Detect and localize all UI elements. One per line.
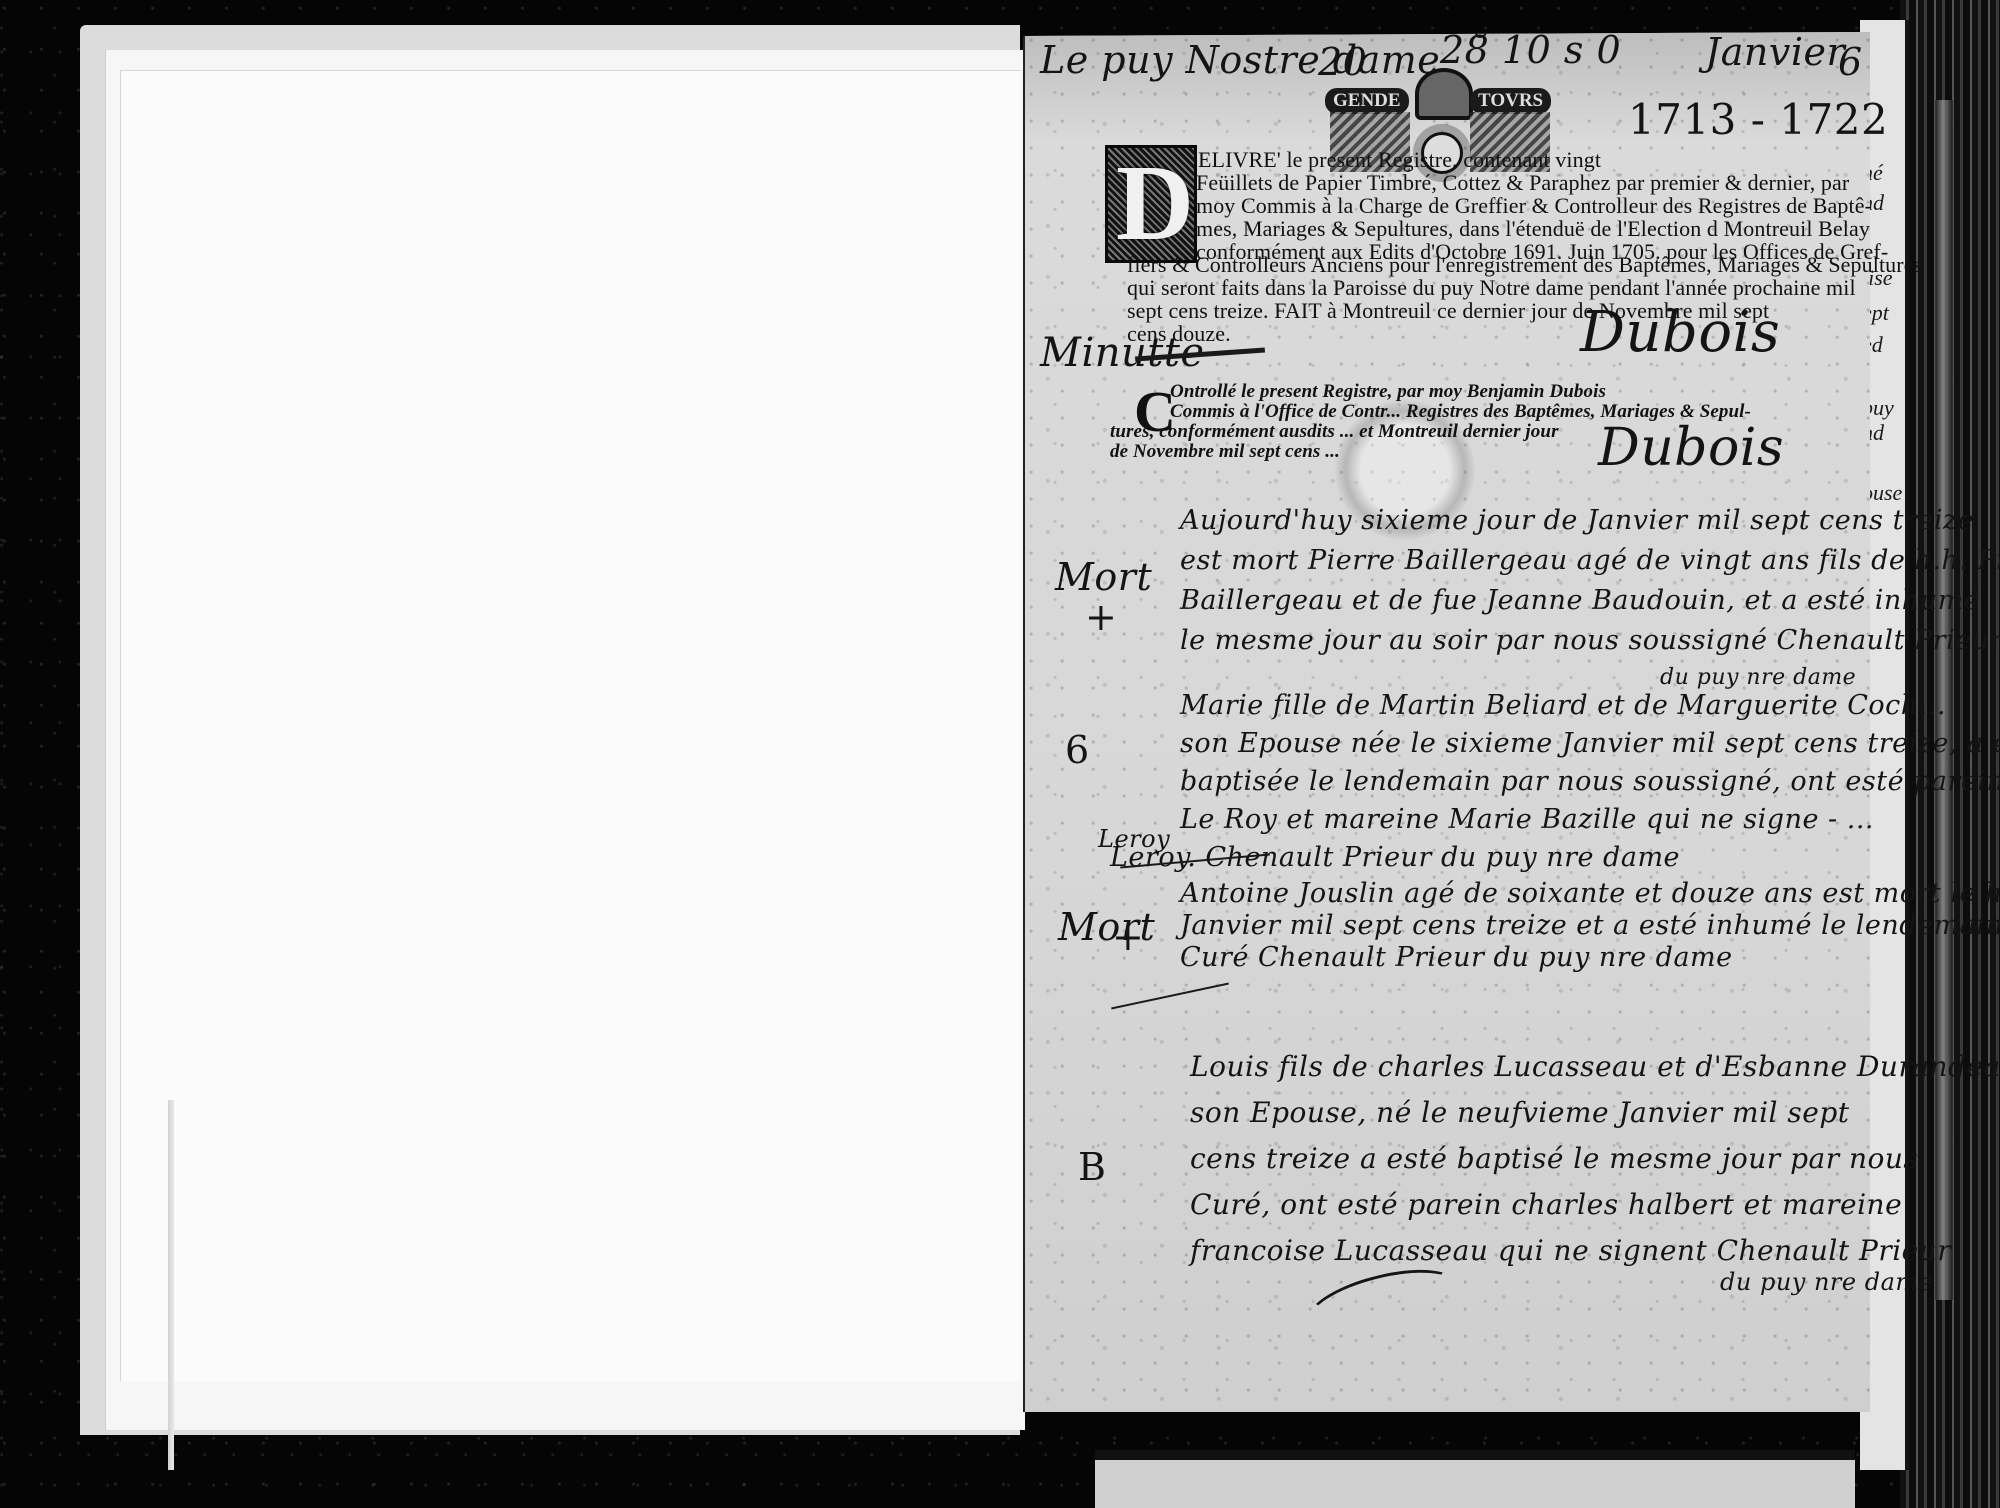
crown-icon xyxy=(1415,68,1473,120)
control-line: tures, conformément ausdits ... et Montr… xyxy=(1110,422,1559,442)
entry-line: baptisée le lendemain par nous soussigné… xyxy=(1180,766,2000,804)
entry-line: cens treize a esté baptisé le mesme jour… xyxy=(1190,1142,2000,1188)
entry-line: le mesme jour au soir par nous soussigné… xyxy=(1180,625,2000,665)
entry-line: son Epouse née le sixieme Janvier mil se… xyxy=(1180,728,2000,766)
entry-line: Leroy. Chenault Prieur du puy nre dame xyxy=(1110,842,2000,880)
entry-signature-tail: du puy nre dame xyxy=(1660,665,1856,690)
page-number: 6 xyxy=(1838,40,1863,84)
certificate-line: qui seront faits dans la Paroisse du puy… xyxy=(1127,276,1922,299)
register-entry: Marie fille de Martin Beliard et de Marg… xyxy=(1180,690,2000,880)
entry-line: Curé, ont esté parein charles halbert et… xyxy=(1190,1188,2000,1234)
stamp-banner-right: TOVRS xyxy=(1470,88,1551,114)
cross-icon: + xyxy=(1112,915,1144,959)
control-line: de Novembre mil sept cens ... xyxy=(1110,442,1559,462)
register-entry: Louis fils de charles Lucasseau et d'Esb… xyxy=(1190,1050,2000,1280)
entry-margin-label: 6 xyxy=(1065,728,1090,772)
year-range: 1713 - 1722 xyxy=(1628,95,1888,144)
certificate-line: sept cens treize. FAIT à Montreuil ce de… xyxy=(1127,299,1922,322)
control-signature: Dubois xyxy=(1598,418,1784,478)
certificate-line: Feüillets de Papier Timbré, Cottez & Par… xyxy=(1196,171,1888,194)
entry-line: Antoine Jouslin agé de soixante et douze… xyxy=(1180,878,2000,910)
control-certificate: Ontrollé le present Registre, par moy Be… xyxy=(1170,382,1751,422)
entry-margin-label: Mort xyxy=(1055,555,1152,599)
page-bottom-strip xyxy=(1095,1450,1855,1508)
entry-line: Baillergeau et de fue Jeanne Baudouin, e… xyxy=(1180,585,2000,625)
stamp-banner-left: GENDE xyxy=(1325,88,1409,114)
entry-signature-tail: du puy nre dame xyxy=(1720,1268,1933,1296)
certificate-line: cens douze. xyxy=(1127,322,1922,345)
cross-icon: + xyxy=(1085,595,1117,639)
entry-line: Janvier mil sept cens treize et a esté i… xyxy=(1180,910,2000,942)
entry-line: Aujourd'huy sixieme jour de Janvier mil … xyxy=(1180,505,2000,545)
left-blank-page-inner-sheet xyxy=(120,70,1021,1381)
certificate-signature: Dubois xyxy=(1580,300,1780,365)
certificate-line: fiers & Controlleurs Anciens pour l'enre… xyxy=(1127,253,1922,276)
month-note: Janvier xyxy=(1705,30,1845,74)
entry-margin-label: B xyxy=(1078,1145,1106,1189)
register-entry: Antoine Jouslin agé de soixante et douze… xyxy=(1180,878,2000,974)
entry-line: Marie fille de Martin Beliard et de Marg… xyxy=(1180,690,2000,728)
control-line: Ontrollé le present Registre, par moy Be… xyxy=(1170,382,1751,402)
register-entry: Aujourd'huy sixieme jour de Janvier mil … xyxy=(1180,505,2000,665)
entry-line: son Epouse, né le neufvieme Janvier mil … xyxy=(1190,1096,2000,1142)
certificate-line: ELIVRE' le present Registre, contenant v… xyxy=(1198,148,1888,171)
entry-line: Le Roy et mareine Marie Bazille qui ne s… xyxy=(1180,804,2000,842)
entry-line: est mort Pierre Baillergeau agé de vingt… xyxy=(1180,545,2000,585)
printed-certificate-cont: fiers & Controlleurs Anciens pour l'enre… xyxy=(1127,253,1922,345)
entry-line: Curé Chenault Prieur du puy nre dame xyxy=(1180,942,2000,974)
printed-certificate: ELIVRE' le present Registre, contenant v… xyxy=(1196,148,1888,263)
entry-line: Louis fils de charles Lucasseau et d'Esb… xyxy=(1190,1050,2000,1096)
control-certificate-cont: tures, conformément ausdits ... et Montr… xyxy=(1110,422,1559,462)
left-page-fold-shadow xyxy=(168,1100,174,1470)
certificate-line: mes, Mariages & Sepultures, dans l'étend… xyxy=(1196,217,1888,240)
ornamental-dropcap: D xyxy=(1105,145,1197,263)
certificate-line: moy Commis à la Charge de Greffier & Con… xyxy=(1196,194,1888,217)
